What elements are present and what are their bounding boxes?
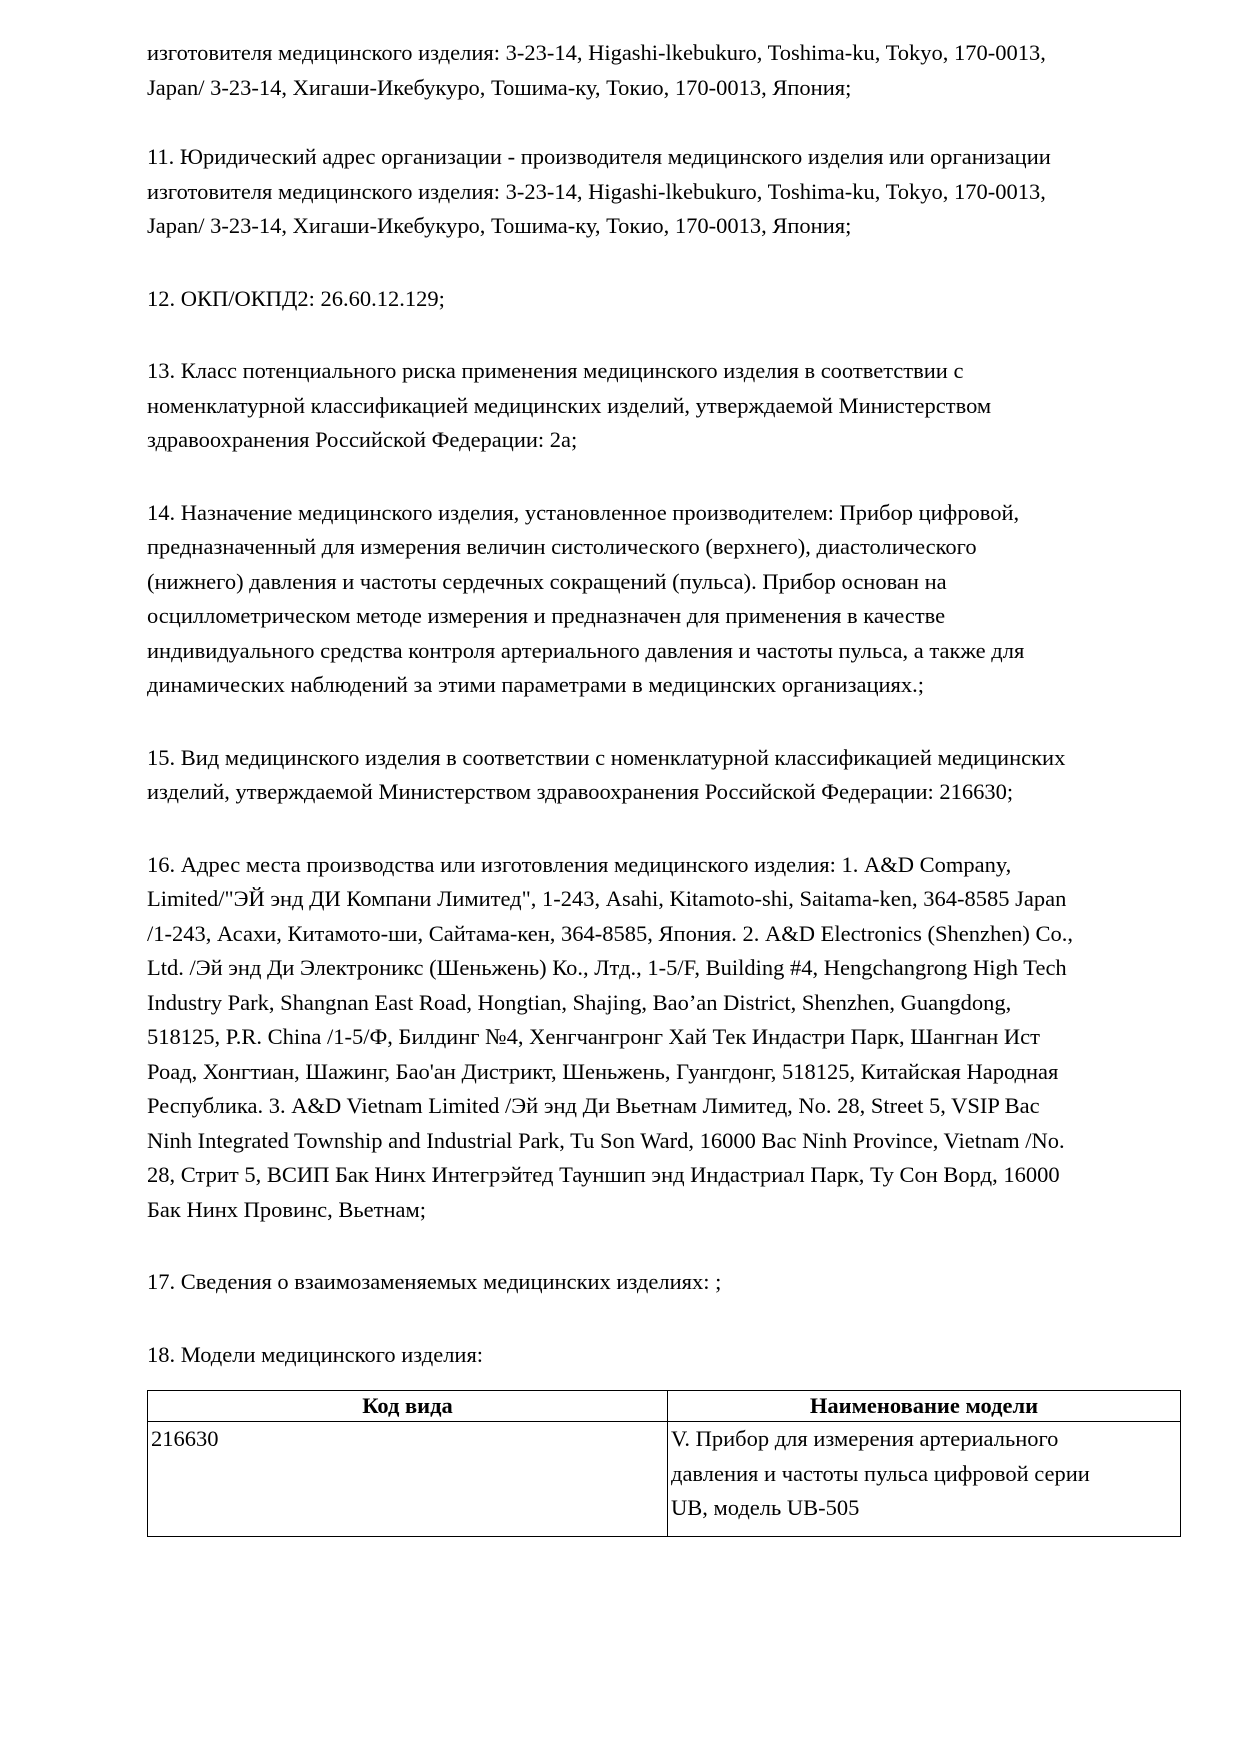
column-header-code: Код вида [148, 1391, 668, 1422]
cell-code: 216630 [148, 1422, 668, 1537]
cell-model-name: V. Прибор для измерения артериального да… [668, 1422, 1181, 1537]
paragraph-16-production-address: 16. Адрес места производства или изготов… [147, 848, 1177, 1228]
paragraph-15-device-type: 15. Вид медицинского изделия в соответст… [147, 741, 1177, 810]
paragraph-12-okpd2: 12. ОКП/ОКПД2: 26.60.12.129; [147, 282, 1177, 317]
table-row: 216630 V. Прибор для измерения артериаль… [148, 1422, 1181, 1537]
paragraph-17-interchangeable: 17. Сведения о взаимозаменяемых медицинс… [147, 1265, 1177, 1300]
column-header-model-name: Наименование модели [668, 1391, 1181, 1422]
table-header-row: Код вида Наименование модели [148, 1391, 1181, 1422]
document-page: изготовителя медицинского изделия: 3-23-… [147, 36, 1177, 1537]
paragraph-13-risk-class: 13. Класс потенциального риска применени… [147, 354, 1177, 458]
paragraph-11-legal-address: 11. Юридический адрес организации - прои… [147, 140, 1177, 244]
paragraph-10-continuation: изготовителя медицинского изделия: 3-23-… [147, 36, 1177, 105]
models-table: Код вида Наименование модели 216630 V. П… [147, 1390, 1181, 1537]
paragraph-18-models: 18. Модели медицинского изделия: [147, 1338, 1177, 1373]
paragraph-14-purpose: 14. Назначение медицинского изделия, уст… [147, 496, 1177, 703]
